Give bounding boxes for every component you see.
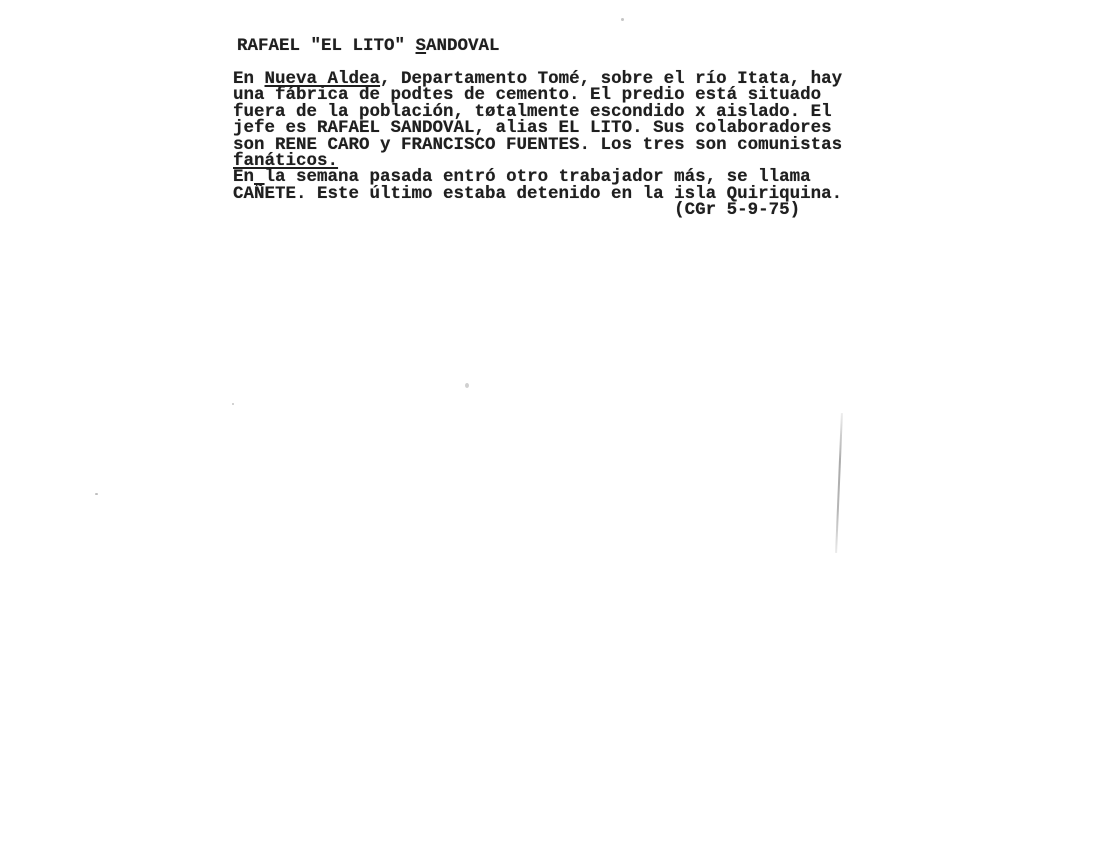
scan-artifact-speck — [232, 403, 234, 405]
document-line: (CGr 5-9-75) — [233, 202, 842, 218]
document-title: RAFAEL "EL LITO" SANDOVAL — [237, 38, 500, 55]
text-segment: ANDOVAL — [426, 36, 500, 56]
scan-artifact-hairline — [835, 413, 842, 553]
scan-artifact-speck — [465, 383, 469, 388]
text-segment: S — [416, 36, 427, 56]
scan-artifact-speck — [95, 493, 98, 495]
text-segment: RAFAEL "EL LITO" — [237, 36, 416, 56]
document-body: En Nueva Aldea, Departamento Tomé, sobre… — [233, 71, 842, 219]
scan-artifact-speck — [621, 18, 624, 21]
text-segment: (CGr 5-9-75) — [233, 200, 800, 220]
scanned-document-page: RAFAEL "EL LITO" SANDOVAL En Nueva Aldea… — [0, 0, 1100, 850]
